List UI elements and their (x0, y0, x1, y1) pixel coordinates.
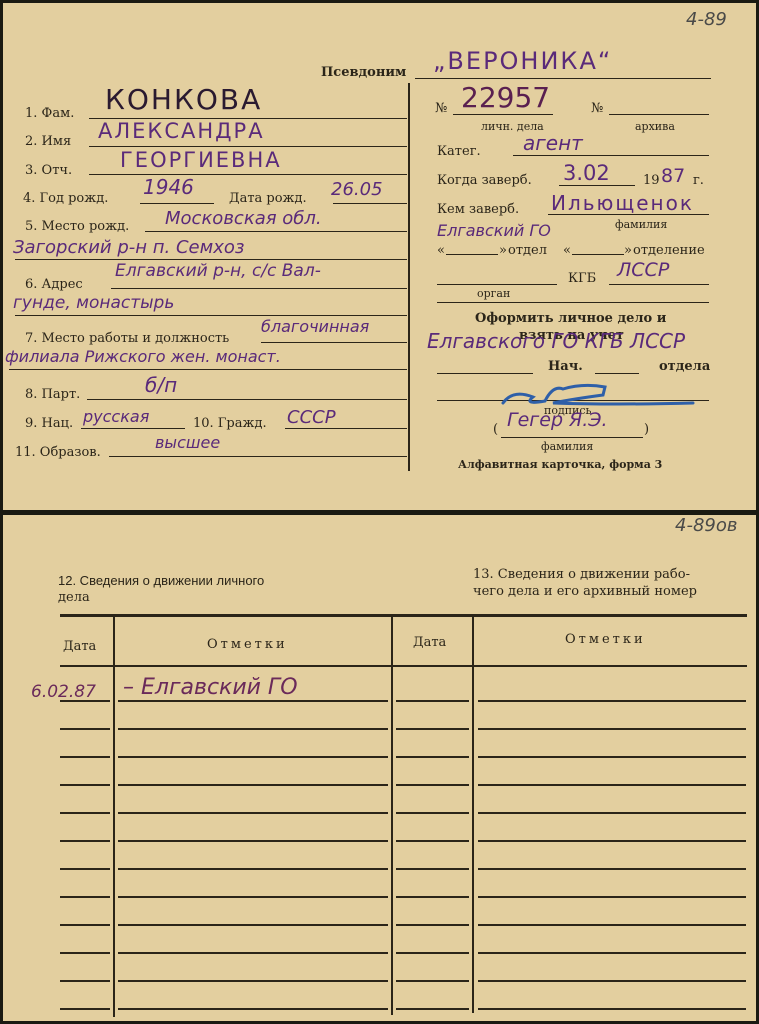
row-rule (396, 896, 469, 898)
case-no-sign: № (435, 101, 447, 116)
subdept-quote-close: » (624, 243, 632, 258)
row-rule (118, 868, 388, 870)
order-value: Елгавского ГО КГБ ЛССР (427, 329, 685, 353)
address-value: Елгавский р-н, с/с Вал- (115, 261, 321, 281)
back-card: 4-89ов 12. Сведения о движении личного д… (3, 515, 756, 1021)
work-line (261, 342, 407, 343)
organ-caption: орган (477, 287, 510, 300)
row-rule (60, 896, 110, 898)
corner-note: 4-89ов (675, 515, 737, 536)
row-rule (60, 756, 110, 758)
education-label: 11. Образов. (15, 445, 101, 460)
birth-place-value-2: Загорский р-н п. Семхоз (13, 237, 244, 258)
row-rule (478, 980, 746, 982)
kgb-label: КГБ (568, 271, 596, 286)
row1-date[interactable]: 6.02.87 (31, 682, 96, 702)
organ-underline (437, 302, 709, 303)
row-rule (396, 924, 469, 926)
birth-date-label: Дата рожд. (229, 191, 307, 206)
col-divider-1 (113, 617, 115, 1017)
table-top-border (60, 614, 747, 617)
row-rule (118, 924, 388, 926)
patronymic-label: 3. Отч. (25, 163, 72, 178)
row1-note[interactable]: – Елгавский ГО (123, 675, 298, 700)
row-rule (60, 952, 110, 954)
col-divider-3 (472, 615, 474, 1013)
row-rule (396, 700, 469, 702)
row-rule (60, 812, 110, 814)
header-notes-right: Отметки (565, 632, 646, 647)
recruited-year: 87 (661, 165, 685, 187)
row-rule (396, 1008, 469, 1010)
pseudonym-value: „ВЕРОНИКА“ (433, 47, 612, 75)
row-rule (396, 952, 469, 954)
row-rule (478, 784, 746, 786)
row-rule (478, 924, 746, 926)
row-rule (478, 728, 746, 730)
pseudonym-line (415, 78, 711, 79)
row-rule (478, 812, 746, 814)
row-rule (396, 868, 469, 870)
row-rule (478, 700, 746, 702)
signer-value: Гегер Я.Э. (507, 409, 608, 431)
birth-year-label: 4. Год рожд. (23, 191, 108, 206)
row-rule (118, 1008, 388, 1010)
section13-title-2: чего дела и его архивный номер (473, 584, 697, 599)
signer-paren-close: ) (644, 422, 649, 437)
work-line-2 (9, 369, 407, 370)
birth-year-value: 1946 (143, 175, 194, 199)
row-rule (118, 784, 388, 786)
nationality-line (81, 428, 185, 429)
birth-year-line (140, 203, 214, 204)
birth-date-value: 26.05 (331, 179, 383, 200)
form-title: Алфавитная карточка, форма 3 (458, 458, 662, 471)
corner-note: 4-89 (686, 9, 727, 30)
address-label: 6. Адрес (25, 277, 83, 292)
column-divider (408, 83, 410, 471)
archive-caption: архива (635, 120, 675, 133)
row-rule (396, 980, 469, 982)
section13-title-1: 13. Сведения о движении рабо- (473, 567, 690, 582)
row-rule (60, 728, 110, 730)
section12-title-1: 12. Сведения о движении личного (58, 573, 264, 588)
birth-place-value: Московская обл. (165, 208, 322, 229)
birth-place-line-2 (15, 259, 407, 260)
row-rule (118, 812, 388, 814)
signer-caption: фамилия (541, 440, 593, 453)
category-line (513, 155, 709, 156)
head-line (437, 373, 533, 374)
education-value: высшее (155, 433, 220, 452)
citizenship-value: СССР (287, 407, 336, 428)
case-no-line (453, 114, 553, 115)
work-label: 7. Место работы и должность (25, 331, 229, 346)
row-rule (478, 896, 746, 898)
row-rule (478, 952, 746, 954)
row-rule (60, 980, 110, 982)
row-rule (60, 924, 110, 926)
header-notes-left: Отметки (207, 637, 288, 652)
row-rule (60, 700, 110, 702)
recruited-by-value: Ильющенок (551, 191, 694, 215)
party-label: 8. Парт. (25, 387, 80, 402)
row-rule (478, 1008, 746, 1010)
row-rule (396, 812, 469, 814)
subdept-line (572, 254, 624, 255)
recruited-when-label: Когда заверб. (437, 173, 532, 188)
row-rule (60, 840, 110, 842)
citizenship-label: 10. Гражд. (193, 416, 267, 431)
row-rule (396, 784, 469, 786)
row-rule (478, 756, 746, 758)
dept-line (446, 254, 498, 255)
row-rule (396, 728, 469, 730)
row-rule (60, 784, 110, 786)
patronymic-value: ГЕОРГИЕВНА (120, 148, 282, 172)
recruited-by-caption: фамилия (615, 218, 667, 231)
surname-label: 1. Фам. (25, 106, 74, 121)
party-line (87, 399, 407, 400)
row-rule (118, 952, 388, 954)
dept-suffix: отдела (659, 359, 710, 374)
section12-title-2: дела (58, 590, 90, 605)
row-rule (118, 700, 388, 702)
archive-no-sign: № (591, 101, 603, 116)
dept-quote-close: » (499, 243, 507, 258)
birth-place-line (145, 231, 407, 232)
organ-line (437, 284, 557, 285)
row-rule (118, 728, 388, 730)
row-rule (478, 840, 746, 842)
education-line (109, 456, 407, 457)
patronymic-line (89, 174, 407, 175)
category-label: Катег. (437, 144, 481, 159)
header-date-left: Дата (63, 639, 96, 654)
header-bottom-border (60, 665, 747, 667)
row-rule (396, 756, 469, 758)
address-value-2: гунде, монастырь (13, 293, 174, 313)
row-rule (118, 840, 388, 842)
kgb-value: ЛССР (617, 259, 669, 281)
address-line-2 (15, 315, 407, 316)
signature-scribble-icon (493, 375, 703, 411)
work-value-2: филиала Рижского жен. монаст. (5, 347, 281, 366)
citizenship-line (285, 428, 407, 429)
kgb-line (609, 284, 709, 285)
name-label: 2. Имя (25, 134, 71, 149)
head-label: Нач. (548, 359, 583, 374)
header-date-right: Дата (413, 635, 446, 650)
signer-paren-open: ( (493, 422, 498, 437)
recruited-by-label: Кем заверб. (437, 202, 519, 217)
pseudonym-label: Псевдоним (321, 65, 406, 80)
name-line (89, 146, 407, 147)
dept-label: отдел (508, 243, 547, 258)
recruited-by-unit: Елгавский ГО (437, 221, 551, 240)
row-rule (478, 868, 746, 870)
recruited-when-line (559, 185, 635, 186)
nationality-value: русская (83, 407, 149, 426)
party-value: б/п (145, 373, 177, 397)
address-line (111, 288, 407, 289)
surname-value: КОНКОВА (105, 83, 262, 116)
row-rule (118, 896, 388, 898)
front-card: 4-89 Псевдоним „ВЕРОНИКА“ 1. Фам. КОНКОВ… (3, 3, 756, 510)
year-suffix: г. (693, 173, 704, 188)
order-text-1: Оформить личное дело и (475, 311, 666, 326)
recruited-when-value: 3.02 (563, 161, 610, 185)
head-dept-line (595, 373, 639, 374)
row-rule (60, 1008, 110, 1010)
archive-no-line (609, 114, 709, 115)
year-prefix: 19 (643, 173, 660, 188)
col-divider-2 (391, 615, 393, 1015)
signer-line (501, 437, 643, 438)
birth-place-label: 5. Место рожд. (25, 219, 129, 234)
dept-quote-open: « (437, 243, 445, 258)
birth-date-line (333, 203, 407, 204)
subdept-label: отделение (633, 243, 705, 258)
row-rule (118, 756, 388, 758)
nationality-label: 9. Нац. (25, 416, 73, 431)
row-rule (396, 840, 469, 842)
row-rule (118, 980, 388, 982)
subdept-quote-open: « (563, 243, 571, 258)
work-value: благочинная (261, 317, 369, 336)
row-rule (60, 868, 110, 870)
category-value: агент (523, 131, 583, 155)
case-no-value: 22957 (461, 81, 550, 114)
name-value: АЛЕКСАНДРА (98, 119, 265, 143)
